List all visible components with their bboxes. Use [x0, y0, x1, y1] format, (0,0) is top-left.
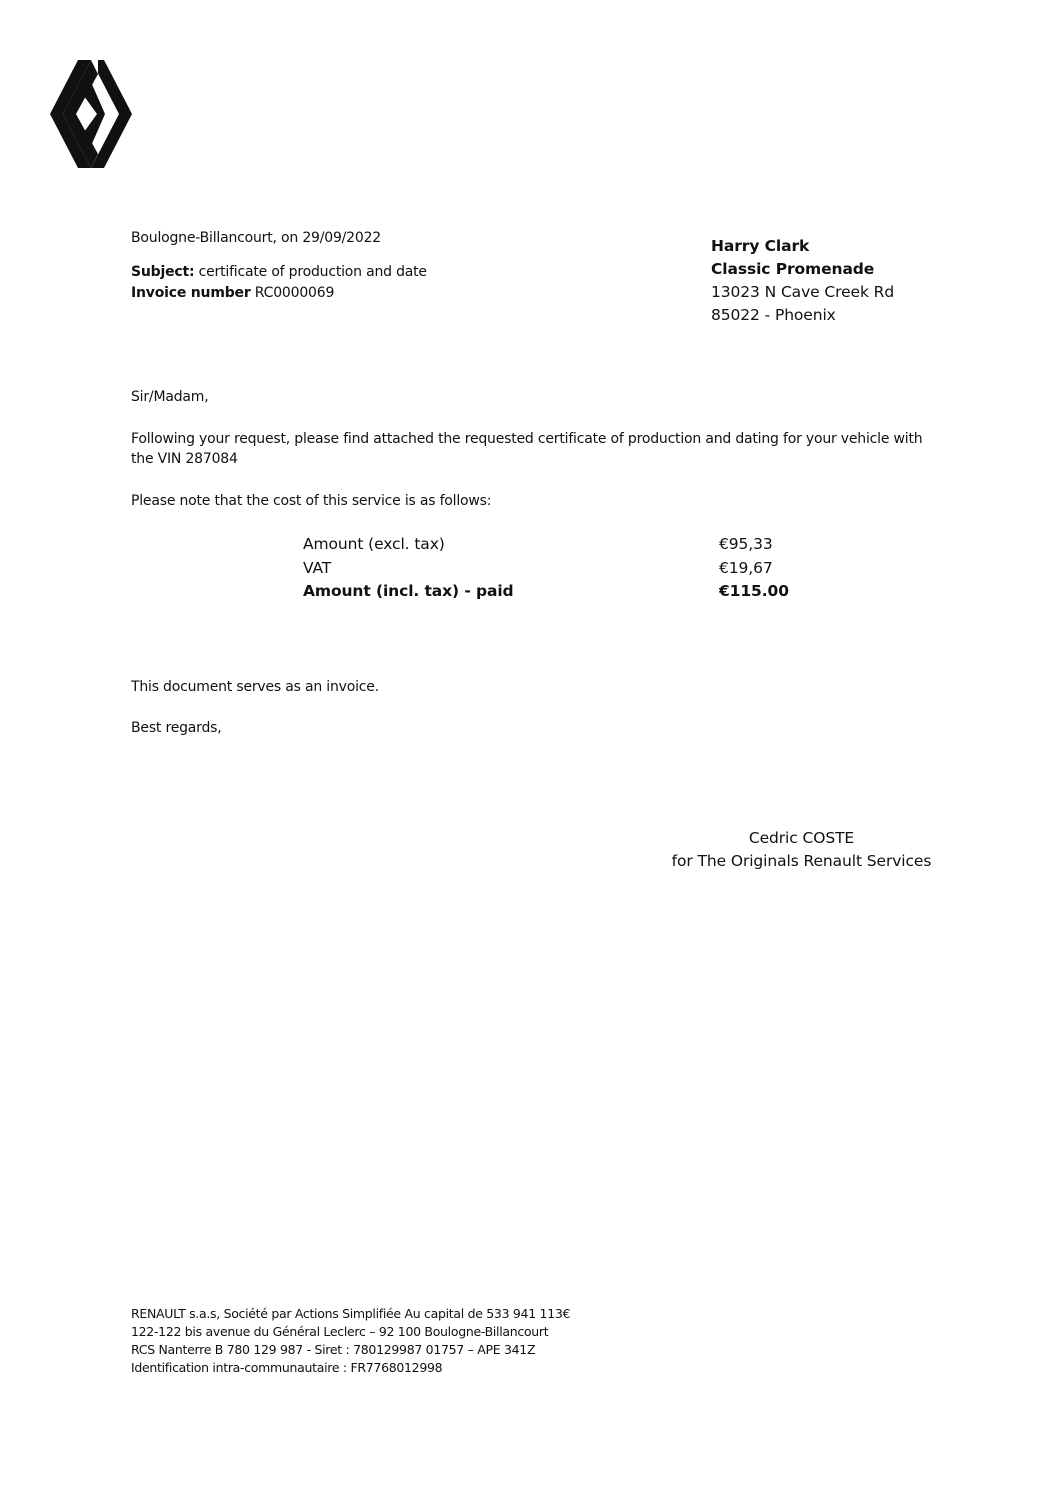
- cost-label: VAT: [303, 557, 719, 581]
- renault-diamond-icon: [48, 58, 134, 170]
- subject-value: certificate of production and date: [199, 264, 427, 280]
- signature-block: Cedric COSTE for The Originals Renault S…: [650, 827, 953, 873]
- cost-row-total-paid: Amount (incl. tax) - paid €115.00: [303, 580, 793, 604]
- signatory-role: for The Originals Renault Services: [650, 850, 953, 873]
- invoice-number-line: Invoice number RC0000069: [131, 283, 334, 303]
- recipient-company: Classic Promenade: [711, 258, 894, 281]
- cost-value: €95,33: [719, 533, 793, 557]
- cost-row-excl-tax: Amount (excl. tax) €95,33: [303, 533, 793, 557]
- recipient-name: Harry Clark: [711, 235, 894, 258]
- cost-row-vat: VAT €19,67: [303, 557, 793, 581]
- cost-table: Amount (excl. tax) €95,33 VAT €19,67 Amo…: [303, 533, 793, 604]
- cost-intro-paragraph: Please note that the cost of this servic…: [131, 491, 491, 511]
- invoice-number-value: RC0000069: [255, 285, 334, 301]
- footer-line: 122-122 bis avenue du Général Leclerc – …: [131, 1323, 570, 1341]
- request-paragraph: Following your request, please find atta…: [131, 429, 931, 469]
- signatory-name: Cedric COSTE: [650, 827, 953, 850]
- recipient-street: 13023 N Cave Creek Rd: [711, 281, 894, 304]
- renault-logo: [48, 58, 134, 170]
- greeting: Sir/Madam,: [131, 387, 208, 407]
- cost-label: Amount (excl. tax): [303, 533, 719, 557]
- invoice-note: This document serves as an invoice.: [131, 677, 379, 697]
- subject-line: Subject: certificate of production and d…: [131, 262, 427, 282]
- recipient-address: Harry Clark Classic Promenade 13023 N Ca…: [711, 235, 894, 327]
- subject-label: Subject:: [131, 264, 194, 280]
- footer-line: Identification intra-communautaire : FR7…: [131, 1359, 570, 1377]
- footer-line: RCS Nanterre B 780 129 987 - Siret : 780…: [131, 1341, 570, 1359]
- cost-label: Amount (incl. tax) - paid: [303, 580, 719, 604]
- recipient-city: 85022 - Phoenix: [711, 304, 894, 327]
- regards: Best regards,: [131, 718, 222, 738]
- company-footer: RENAULT s.a.s, Société par Actions Simpl…: [131, 1305, 570, 1377]
- invoice-number-label: Invoice number: [131, 285, 251, 301]
- place-date: Boulogne-Billancourt, on 29/09/2022: [131, 228, 381, 248]
- cost-value: €19,67: [719, 557, 793, 581]
- footer-line: RENAULT s.a.s, Société par Actions Simpl…: [131, 1305, 570, 1323]
- cost-value: €115.00: [719, 580, 793, 604]
